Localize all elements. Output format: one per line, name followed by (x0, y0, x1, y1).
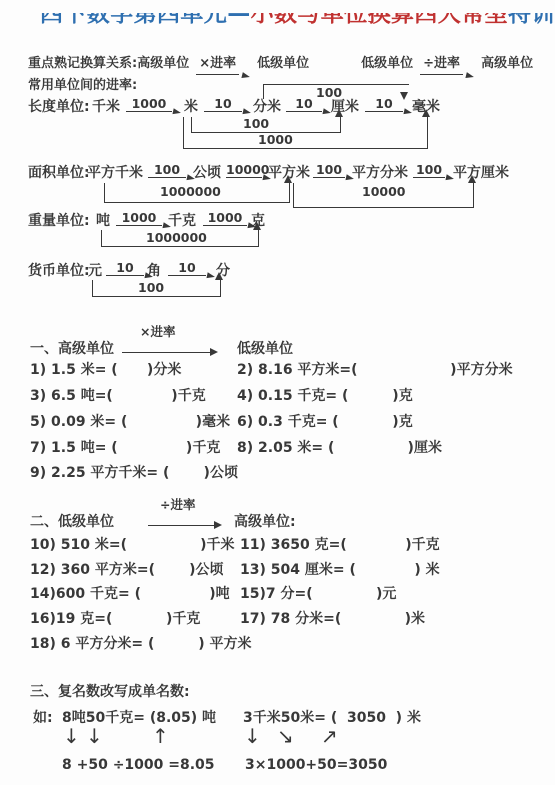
rate-arrow-m2-dm2: 100 (313, 162, 345, 178)
bracket-label-m2-cm2: 10000 (362, 185, 406, 199)
exercise-item: 10) 510 米=( )千米 (30, 537, 235, 554)
unit-km2: 平方千米 (87, 165, 143, 182)
exercise-item: 1) 1.5 米= ( )分米 (30, 362, 181, 379)
length-label: 长度单位: (28, 99, 90, 116)
unit-cm2: 平方厘米 (453, 165, 509, 182)
section2-op-label: ÷进率 (160, 498, 195, 512)
unit-yuan: 元 (88, 263, 102, 280)
exercise-item: 3) 6.5 吨=( )千克 (30, 388, 206, 405)
unit-km: 千米 (92, 99, 120, 116)
rate-arrow-km2-ha: 100 (148, 162, 186, 178)
rate-arrow-ha-m2: 10000 (226, 162, 262, 178)
down-arrow-icon: ↓ (63, 725, 80, 747)
arrowhead-up-icon (215, 272, 223, 280)
title-segment-blue-2: 特训 (508, 13, 555, 27)
section2-heading-tail: 高级单位: (234, 514, 296, 531)
memo-label: 重点熟记换算关系: (28, 56, 137, 72)
arrowhead-up-icon (284, 175, 292, 183)
rule2-to: 高级单位 (481, 56, 533, 72)
rate-arrow-m-dm: 10 (204, 96, 242, 112)
rule2-divide-rate-arrow: ÷进率 (420, 56, 463, 75)
arrowhead-up-icon (468, 175, 476, 183)
bracket-label-dm-mm: 100 (316, 86, 342, 100)
exercise-item: 2) 8.16 平方米=( )平方分米 (237, 362, 513, 379)
rule2-from: 低级单位 (361, 56, 413, 72)
rule1-to: 低级单位 (257, 56, 309, 72)
example-label: 如: (33, 710, 53, 727)
up-right-arrow-icon: ↗ (321, 725, 338, 747)
money-label: 货币单位: (28, 263, 90, 280)
example-left-formula: 8 +50 ÷1000 =8.05 (62, 757, 215, 774)
rate-arrow-jiao-fen: 10 (168, 260, 206, 276)
bracket-label-m-mm: 1000 (258, 133, 293, 147)
unit-ton: 吨 (96, 213, 110, 230)
down-arrow-icon: ↓ (86, 725, 103, 747)
exercise-item: 8) 2.05 米= ( )厘米 (237, 440, 442, 457)
section2-arrow-line (148, 525, 214, 526)
bracket-m-to-mm (183, 117, 428, 149)
arrowhead-down-icon (400, 92, 408, 100)
title-segment-red: 小数与单位换算四大常型 (251, 13, 508, 27)
title-clip-region: 四下数学第四单元—小数与单位换算四大常型特训 (0, 13, 555, 28)
conversion-rule-line: 重点熟记换算关系: 高级单位 ×进率 低级单位 低级单位 ÷进率 高级单位 (28, 56, 533, 75)
exercise-item: 9) 2.25 平方千米= ( )公顷 (30, 465, 238, 482)
exercise-item: 17) 78 分米=( )米 (240, 611, 425, 628)
section2-heading-lead: 二、低级单位 (30, 514, 114, 531)
exercise-item: 16)19 克=( )千克 (30, 611, 200, 628)
unit-m: 米 (184, 99, 198, 116)
arrowhead-up-icon (253, 222, 261, 230)
exercise-item: 14)600 千克= ( )吨 (30, 586, 230, 603)
title-segment-blue-1: 四下数学第四单元— (40, 13, 251, 27)
section1-arrow-line (122, 352, 210, 353)
section1-op-label: ×进率 (140, 325, 175, 339)
arrowhead-right-icon (214, 521, 222, 529)
worksheet-page: 四下数学第四单元—小数与单位换算四大常型特训 重点熟记换算关系: 高级单位 ×进… (0, 0, 555, 785)
worksheet-title: 四下数学第四单元—小数与单位换算四大常型特训 (40, 13, 555, 28)
bracket-label-ton-g: 1000000 (146, 231, 207, 245)
exercise-item: 5) 0.09 米= ( )毫米 (30, 414, 230, 431)
rate-arrow-yuan-jiao: 10 (106, 260, 144, 276)
rate-arrow-km-m: 1000 (126, 96, 172, 112)
rule1-multiply-rate-arrow: ×进率 (196, 56, 239, 75)
exercise-item: 7) 1.5 吨= ( )千克 (30, 440, 220, 457)
rate-arrow-kg-g: 1000 (203, 210, 247, 226)
up-arrow-icon: ↑ (152, 725, 169, 747)
section1-heading-tail: 低级单位 (237, 341, 293, 358)
exercise-item: 11) 3650 克=( )千克 (240, 537, 440, 554)
unit-dm2: 平方分米 (352, 165, 408, 182)
section3-heading: 三、复名数改写成单名数: (30, 684, 190, 701)
unit-jiao: 角 (147, 263, 161, 280)
arrowhead-up-icon (335, 109, 343, 117)
rule1-from: 高级单位 (137, 56, 189, 72)
rates-intro-label: 常用单位间的进率: (28, 74, 137, 93)
exercise-item: 12) 360 平方米=( )公顷 (30, 562, 224, 579)
down-arrow-icon: ↓ (244, 725, 261, 747)
exercise-item: 4) 0.15 千克= ( )克 (237, 388, 413, 405)
unit-dm: 分米 (253, 99, 281, 116)
area-label: 面积单位: (28, 165, 90, 182)
exercise-item: 18) 6 平方分米= ( ) 平方米 (30, 636, 252, 653)
rate-arrow-dm2-cm2: 100 (413, 162, 445, 178)
rate-arrow-ton-kg: 1000 (116, 210, 162, 226)
exercise-item: 6) 0.3 千克= ( )克 (237, 414, 413, 431)
bracket-label-km2-m2: 1000000 (160, 185, 221, 199)
arrowhead-up-icon (422, 109, 430, 117)
arrowhead-right-icon (210, 348, 218, 356)
example-right-formula: 3×1000+50=3050 (245, 757, 387, 774)
bracket-label-yuan-fen: 100 (138, 281, 164, 295)
unit-kg: 千克 (168, 213, 196, 230)
unit-ha: 公顷 (193, 165, 221, 182)
exercise-item: 13) 504 厘米= ( ) 米 (240, 562, 440, 579)
section1-heading-lead: 一、高级单位 (30, 341, 114, 358)
exercise-item: 15)7 分=( )元 (240, 586, 396, 603)
down-right-arrow-icon: ↘ (277, 725, 294, 747)
weight-label: 重量单位: (28, 213, 90, 230)
